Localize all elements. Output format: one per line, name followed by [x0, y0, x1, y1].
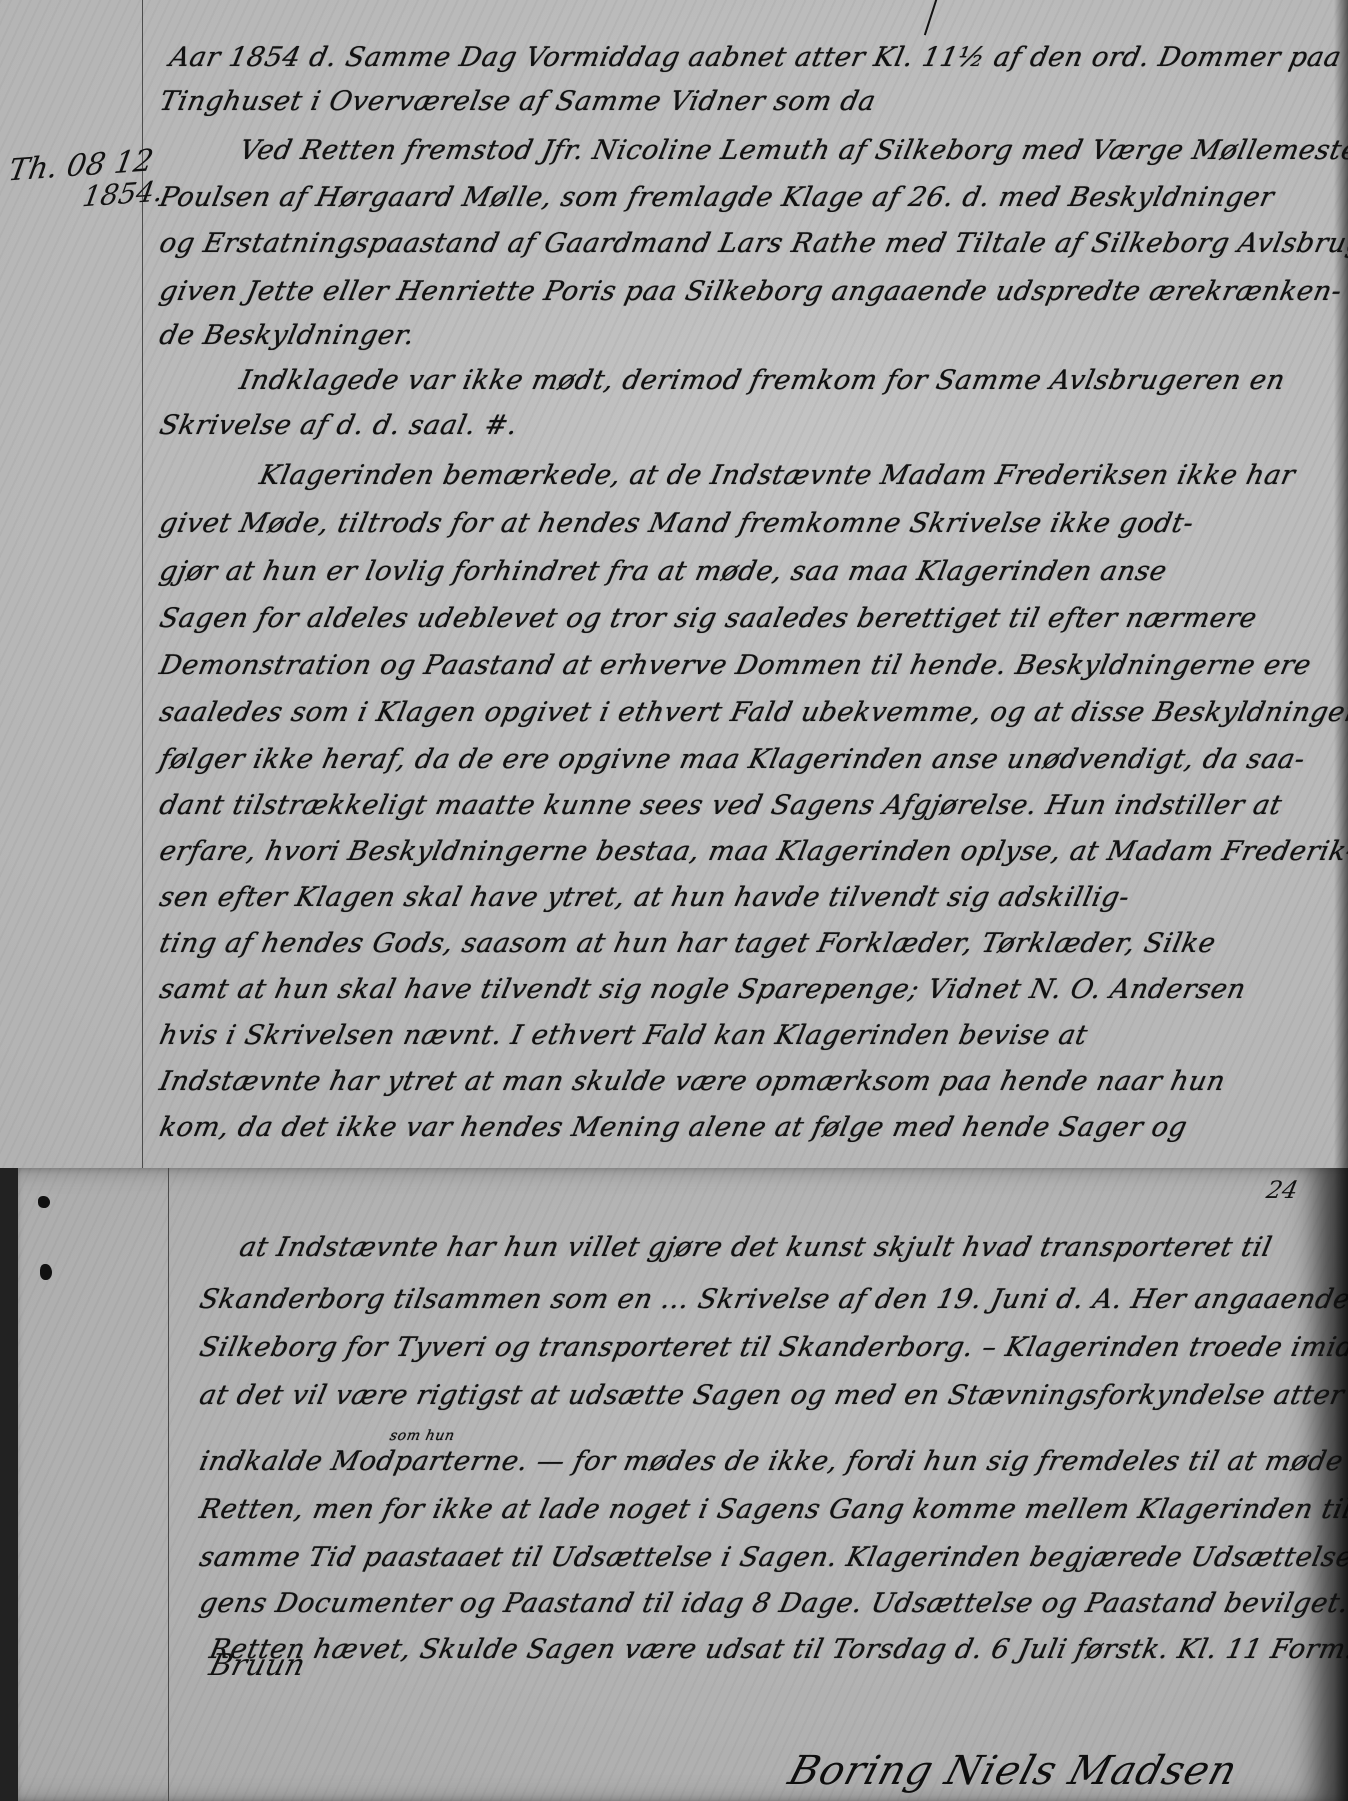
text-line: ting af hendes Gods, saasom at hun har t…: [0, 928, 1348, 959]
text-line: Skrivelse af d. d. saal. #.: [0, 410, 1348, 441]
signature-right: Boring Niels Madsen: [783, 1748, 1243, 1794]
text-line: givet Møde, tiltrods for at hendes Mand …: [0, 508, 1348, 539]
signature-left: Bruun: [206, 1648, 309, 1683]
text-line: Indstævnte har ytret at man skulde være …: [0, 1066, 1348, 1097]
text-line: Skanderborg tilsammen som en ... Skrivel…: [0, 1284, 1348, 1315]
interlinear-insert: som hun: [0, 1428, 1348, 1444]
scan-page-bottom: 24 at Indstævnte har hun villet gjøre de…: [0, 1168, 1348, 1801]
text-line: Tinghuset i Overværelse af Samme Vidner …: [0, 86, 1348, 117]
text-line: saaledes som i Klagen opgivet i ethvert …: [0, 697, 1348, 728]
text-line: kom, da det ikke var hendes Mening alene…: [0, 1112, 1348, 1143]
text-line: Demonstration og Paastand at erhverve Do…: [0, 650, 1348, 681]
text-line: samt at hun skal have tilvendt sig nogle…: [0, 974, 1348, 1005]
text-line: given Jette eller Henriette Poris paa Si…: [0, 276, 1348, 307]
ink-stroke: [924, 0, 938, 35]
text-line: Sagen for aldeles udeblevet og tror sig …: [0, 603, 1348, 634]
text-line: Silkeborg for Tyveri og transporteret ti…: [0, 1332, 1348, 1363]
text-line: hvis i Skrivelsen nævnt. I ethvert Fald …: [0, 1020, 1348, 1051]
folio-number: 24: [1264, 1176, 1300, 1204]
text-line: sen efter Klagen skal have ytret, at hun…: [0, 882, 1348, 913]
text-line: Retten hævet, Skulde Sagen være udsat ti…: [0, 1634, 1348, 1665]
text-line: indkalde Modparterne. — for mødes de ikk…: [0, 1446, 1348, 1477]
text-line: Poulsen af Hørgaard Mølle, som fremlagde…: [0, 182, 1348, 213]
text-line: Ved Retten fremstod Jfr. Nicoline Lemuth…: [0, 135, 1348, 166]
text-line: Aar 1854 d. Samme Dag Vormiddag aabnet a…: [0, 42, 1348, 73]
scan-page-top: Th. 08 12 1854. Aar 1854 d. Samme Dag Vo…: [0, 0, 1348, 1168]
text-line: gens Documenter og Paastand til idag 8 D…: [0, 1588, 1348, 1619]
text-line: erfare, hvori Beskyldningerne bestaa, ma…: [0, 836, 1348, 867]
ink-blot: [40, 1264, 52, 1280]
ink-blot: [38, 1196, 50, 1208]
text-line: at det vil være rigtigst at udsætte Sage…: [0, 1380, 1348, 1411]
text-line: følger ikke heraf, da de ere opgivne maa…: [0, 744, 1348, 775]
text-line: de Beskyldninger.: [0, 320, 1348, 351]
text-line: Indklagede var ikke mødt, derimod fremko…: [0, 365, 1348, 396]
text-line: dant tilstrækkeligt maatte kunne sees ve…: [0, 790, 1348, 821]
page-edge-shadow: [1334, 1168, 1348, 1801]
text-line: at Indstævnte har hun villet gjøre det k…: [0, 1232, 1348, 1263]
text-line: gjør at hun er lovlig forhindret fra at …: [0, 556, 1348, 587]
text-line: Retten, men for ikke at lade noget i Sag…: [0, 1494, 1348, 1525]
text-line: og Erstatningspaastand af Gaardmand Lars…: [0, 228, 1348, 259]
text-line: samme Tid paastaaet til Udsættelse i Sag…: [0, 1542, 1348, 1573]
text-line: Klagerinden bemærkede, at de Indstævnte …: [0, 460, 1348, 491]
